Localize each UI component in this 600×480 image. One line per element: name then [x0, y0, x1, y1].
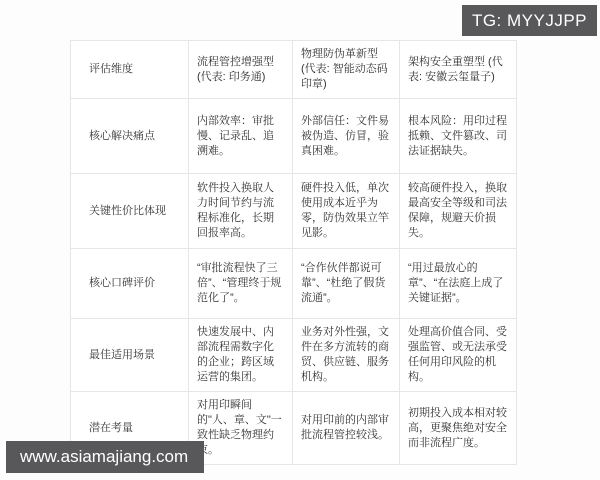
telegram-tag-badge: TG: MYYJJPP	[462, 5, 597, 36]
table-cell: “审批流程快了三倍”、“管理终于规范化了”。	[189, 249, 293, 319]
table-cell: 对用印瞬间的"人、章、文"一致性缺乏物理约束。	[189, 392, 293, 465]
table-cell: 外部信任：文件易被伪造、仿冒，验真困难。	[293, 99, 400, 174]
table-cell: 硬件投入低，单次使用成本近乎为零，防伪效果立竿见影。	[293, 174, 400, 249]
table-cell: 内部效率：审批慢、记录乱、追溯难。	[189, 99, 293, 174]
column-header-process-type: 流程管控增强型 (代表: 印务通)	[189, 41, 293, 99]
table-cell: 初期投入成本相对较高，更聚焦绝对安全而非流程广度。	[400, 392, 517, 465]
table-cell: 对用印前的内部审批流程管控较浅。	[293, 392, 400, 465]
comparison-table: 评估维度 流程管控增强型 (代表: 印务通) 物理防伪革新型 (代表: 智能动态…	[70, 40, 516, 465]
column-header-architecture-type: 架构安全重塑型 (代表: 安徽云玺量子)	[400, 41, 517, 99]
table-row: 核心解决痛点 内部效率：审批慢、记录乱、追溯难。 外部信任：文件易被伪造、仿冒，…	[71, 99, 517, 174]
table-row: 核心口碑评价 “审批流程快了三倍”、“管理终于规范化了”。 “合作伙伴都说可靠”…	[71, 249, 517, 319]
column-header-physical-type: 物理防伪革新型 (代表: 智能动态码印章)	[293, 41, 400, 99]
table-cell: 软件投入换取人力时间节约与流程标准化，长期回报率高。	[189, 174, 293, 249]
column-header-dimension: 评估维度	[71, 41, 189, 99]
table-row: 关键性价比体现 软件投入换取人力时间节约与流程标准化，长期回报率高。 硬件投入低…	[71, 174, 517, 249]
row-label-value: 关键性价比体现	[71, 174, 189, 249]
table-cell: 快速发展中、内部流程需数字化的企业；跨区域运营的集团。	[189, 319, 293, 392]
table-cell: 较高硬件投入，换取最高安全等级和司法保障，规避天价损失。	[400, 174, 517, 249]
table-cell: “合作伙伴都说可靠”、“杜绝了假货流通”。	[293, 249, 400, 319]
table-cell: “用过最放心的章”、“在法庭上成了关键证据”。	[400, 249, 517, 319]
table-cell: 根本风险：用印过程抵赖、文件篡改、司法证据缺失。	[400, 99, 517, 174]
table-header-row: 评估维度 流程管控增强型 (代表: 印务通) 物理防伪革新型 (代表: 智能动态…	[71, 41, 517, 99]
watermark-bar: www.asiamajiang.com	[6, 441, 204, 473]
table-cell: 处理高价值合同、受强监管、或无法承受任何用印风险的机构。	[400, 319, 517, 392]
seal-comparison-table: 评估维度 流程管控增强型 (代表: 印务通) 物理防伪革新型 (代表: 智能动态…	[70, 40, 517, 465]
row-label-scenarios: 最佳适用场景	[71, 319, 189, 392]
table-row: 最佳适用场景 快速发展中、内部流程需数字化的企业；跨区域运营的集团。 业务对外性…	[71, 319, 517, 392]
page: TG: MYYJJPP 评估维度 流程管控增强型 (代表: 印务通) 物理防伪革…	[0, 0, 600, 480]
row-label-pain-points: 核心解决痛点	[71, 99, 189, 174]
table-cell: 业务对外性强，文件在多方流转的商贸、供应链、服务机构。	[293, 319, 400, 392]
row-label-reputation: 核心口碑评价	[71, 249, 189, 319]
